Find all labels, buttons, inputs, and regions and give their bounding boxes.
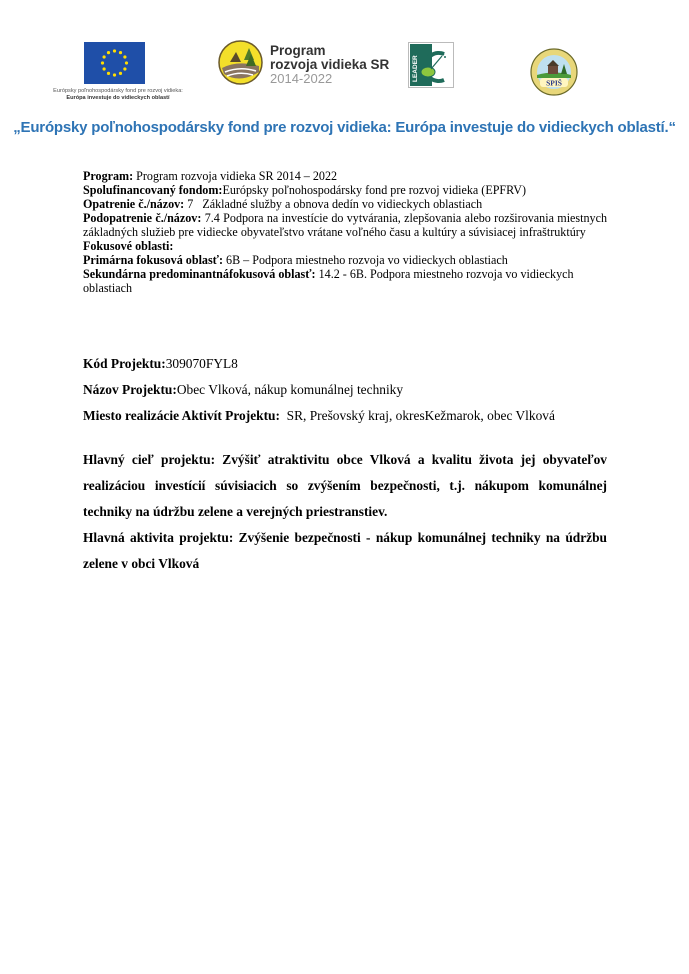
project-place-row: Miesto realizácie Aktivít Projektu: SR, …	[83, 403, 613, 429]
project-goals: Hlavný cieľ projektu: Zvýšiť atraktivitu…	[83, 447, 607, 577]
measure-label: Opatrenie č./názov:	[83, 197, 184, 211]
eu-caption-line1: Európsky poľnohospodársky fond pre rozvo…	[28, 88, 208, 95]
project-place-label: Miesto realizácie Aktivít Projektu:	[83, 408, 280, 423]
measure-row: Opatrenie č./názov: 7 Základné služby a …	[83, 197, 607, 211]
eu-flag-icon	[84, 42, 145, 84]
main-goal: Hlavný cieľ projektu: Zvýšiť atraktivitu…	[83, 447, 607, 525]
eu-caption-line2: Európa investuje do vidieckych oblastí	[66, 95, 169, 101]
program-info: Program: Program rozvoja vidieka SR 2014…	[83, 169, 607, 295]
submeasure-label: Podopatrenie č./názov:	[83, 211, 201, 225]
measure-value: 7 Základné služby a obnova dedín vo vidi…	[184, 197, 482, 211]
focus-heading: Fokusové oblasti:	[83, 239, 173, 253]
project-code-row: Kód Projektu:309070FYL8	[83, 351, 613, 377]
program-rozvoja-vidieka-logo	[218, 40, 263, 85]
document-title: „Európsky poľnohospodársky fond pre rozv…	[0, 119, 689, 136]
prv-line3: 2014-2022	[270, 72, 389, 86]
program-row: Program: Program rozvoja vidieka SR 2014…	[83, 169, 607, 183]
spis-logo: SPIŠ	[530, 48, 578, 96]
fund-label: Spolufinancovaný fondom:	[83, 183, 222, 197]
fund-value: Európsky poľnohospodársky fond pre rozvo…	[222, 183, 526, 197]
fund-row: Spolufinancovaný fondom:Európsky poľnoho…	[83, 183, 607, 197]
prv-line2: rozvoja vidieka SR	[270, 58, 389, 72]
project-place-value: SR, Prešovský kraj, okresKežmarok, obec …	[280, 408, 555, 423]
project-name-row: Názov Projektu:Obec Vlková, nákup komuná…	[83, 377, 613, 403]
secondary-focus-label: Sekundárna predominantnáfokusová oblasť:	[83, 267, 316, 281]
secondary-focus-row: Sekundárna predominantnáfokusová oblasť:…	[83, 267, 607, 295]
program-label: Program:	[83, 169, 133, 183]
project-name-label: Názov Projektu:	[83, 382, 177, 397]
main-activity: Hlavná aktivita projektu: Zvýšenie bezpe…	[83, 525, 607, 577]
leader-logo: LEADER	[408, 42, 454, 88]
primary-focus-row: Primárna fokusová oblasť: 6B – Podpora m…	[83, 253, 607, 267]
project-name-value: Obec Vlková, nákup komunálnej techniky	[177, 382, 403, 397]
primary-focus-value: 6B – Podpora miestneho rozvoja vo vidiec…	[223, 253, 508, 267]
svg-text:LEADER: LEADER	[412, 55, 419, 82]
project-code-value: 309070FYL8	[166, 356, 238, 371]
eu-logo-caption: Európsky poľnohospodársky fond pre rozvo…	[28, 88, 208, 102]
program-rozvoja-vidieka-text: Program rozvoja vidieka SR 2014-2022	[270, 44, 389, 86]
project-code-label: Kód Projektu:	[83, 356, 166, 371]
spis-logo-text: SPIŠ	[546, 78, 562, 88]
primary-focus-label: Primárna fokusová oblasť:	[83, 253, 223, 267]
program-value: Program rozvoja vidieka SR 2014 – 2022	[133, 169, 337, 183]
focus-heading-row: Fokusové oblasti:	[83, 239, 607, 253]
project-details: Kód Projektu:309070FYL8 Názov Projektu:O…	[83, 351, 613, 429]
prv-line1: Program	[270, 44, 389, 58]
submeasure-row: Podopatrenie č./názov: 7.4 Podpora na in…	[83, 211, 607, 239]
